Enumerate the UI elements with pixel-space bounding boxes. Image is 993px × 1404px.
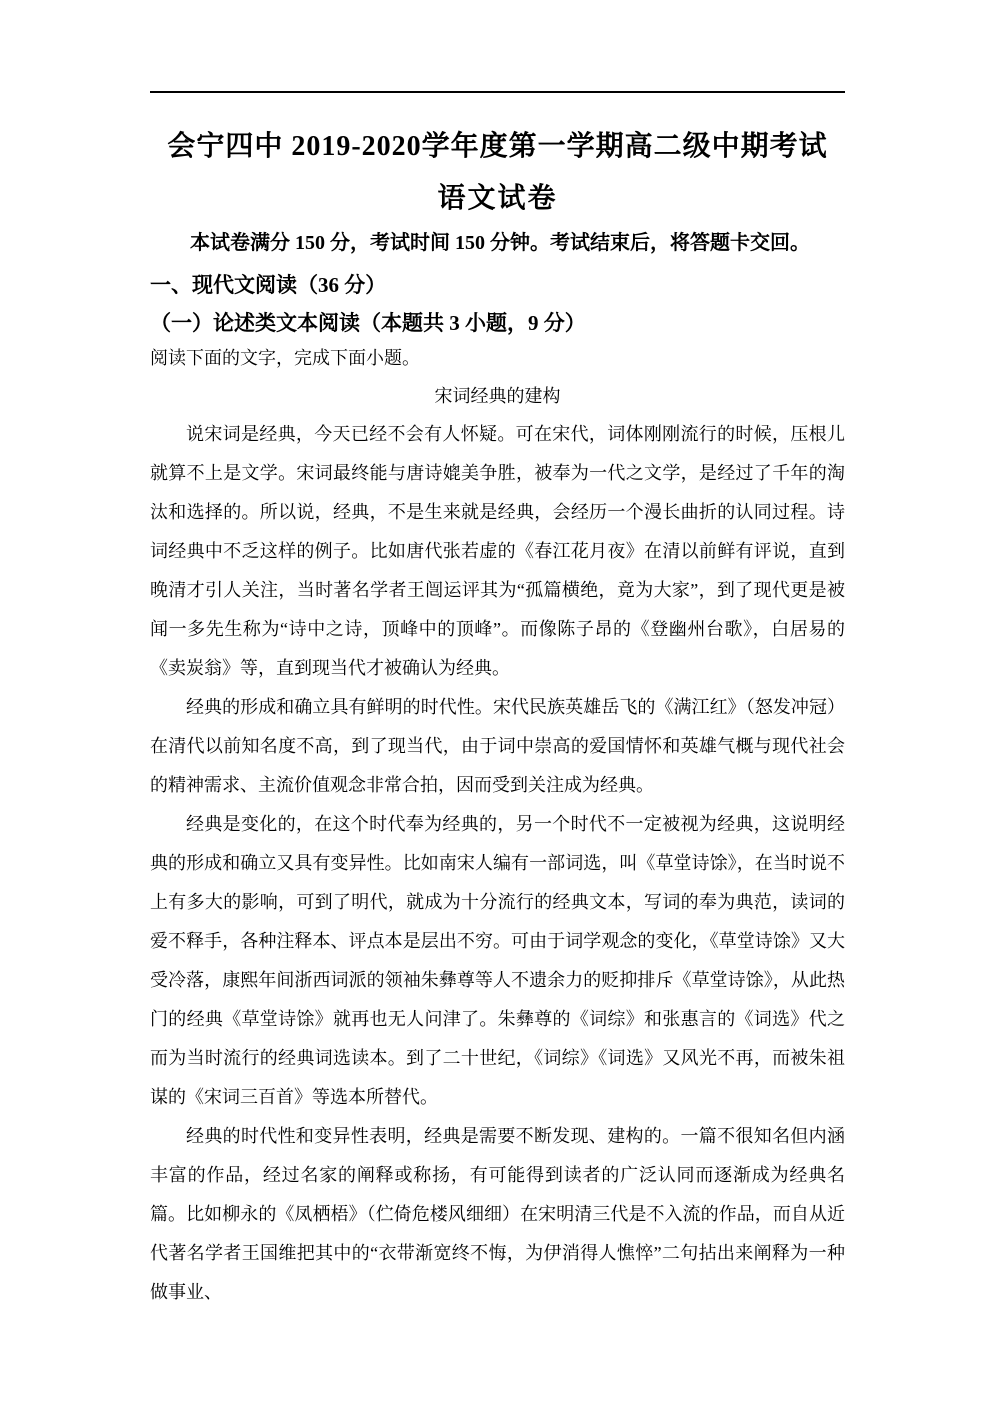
passage-title: 宋词经典的建构	[150, 384, 845, 408]
reading-instruction: 阅读下面的文字，完成下面小题。	[150, 346, 845, 370]
passage-paragraph: 经典是变化的，在这个时代奉为经典的，另一个时代不一定被视为经典，这说明经典的形成…	[150, 805, 845, 1117]
exam-subtitle: 语文试卷	[150, 184, 845, 214]
passage-paragraph: 经典的时代性和变异性表明，经典是需要不断发现、建构的。一篇不很知名但内涵丰富的作…	[150, 1117, 845, 1312]
passage-paragraph: 说宋词是经典，今天已经不会有人怀疑。可在宋代，词体刚刚流行的时候，压根儿就算不上…	[150, 415, 845, 688]
exam-paper-page: 会宁四中 2019-2020学年度第一学期高二级中期考试 语文试卷 本试卷满分 …	[0, 0, 993, 1404]
passage-body: 说宋词是经典，今天已经不会有人怀疑。可在宋代，词体刚刚流行的时候，压根儿就算不上…	[150, 415, 845, 1312]
header-rule	[150, 91, 845, 93]
passage-paragraph: 经典的形成和确立具有鲜明的时代性。宋代民族英雄岳飞的《满江红》（怒发冲冠）在清代…	[150, 688, 845, 805]
section-heading-modern-reading: 一、现代文阅读（36 分）	[150, 272, 845, 298]
exam-title: 会宁四中 2019-2020学年度第一学期高二级中期考试	[150, 130, 845, 164]
exam-info-notice: 本试卷满分 150 分，考试时间 150 分钟。考试结束后，将答题卡交回。	[150, 230, 845, 256]
page-content: 会宁四中 2019-2020学年度第一学期高二级中期考试 语文试卷 本试卷满分 …	[0, 130, 993, 1312]
subsection-heading-argumentative-reading: （一）论述类文本阅读（本题共 3 小题，9 分）	[150, 310, 845, 336]
